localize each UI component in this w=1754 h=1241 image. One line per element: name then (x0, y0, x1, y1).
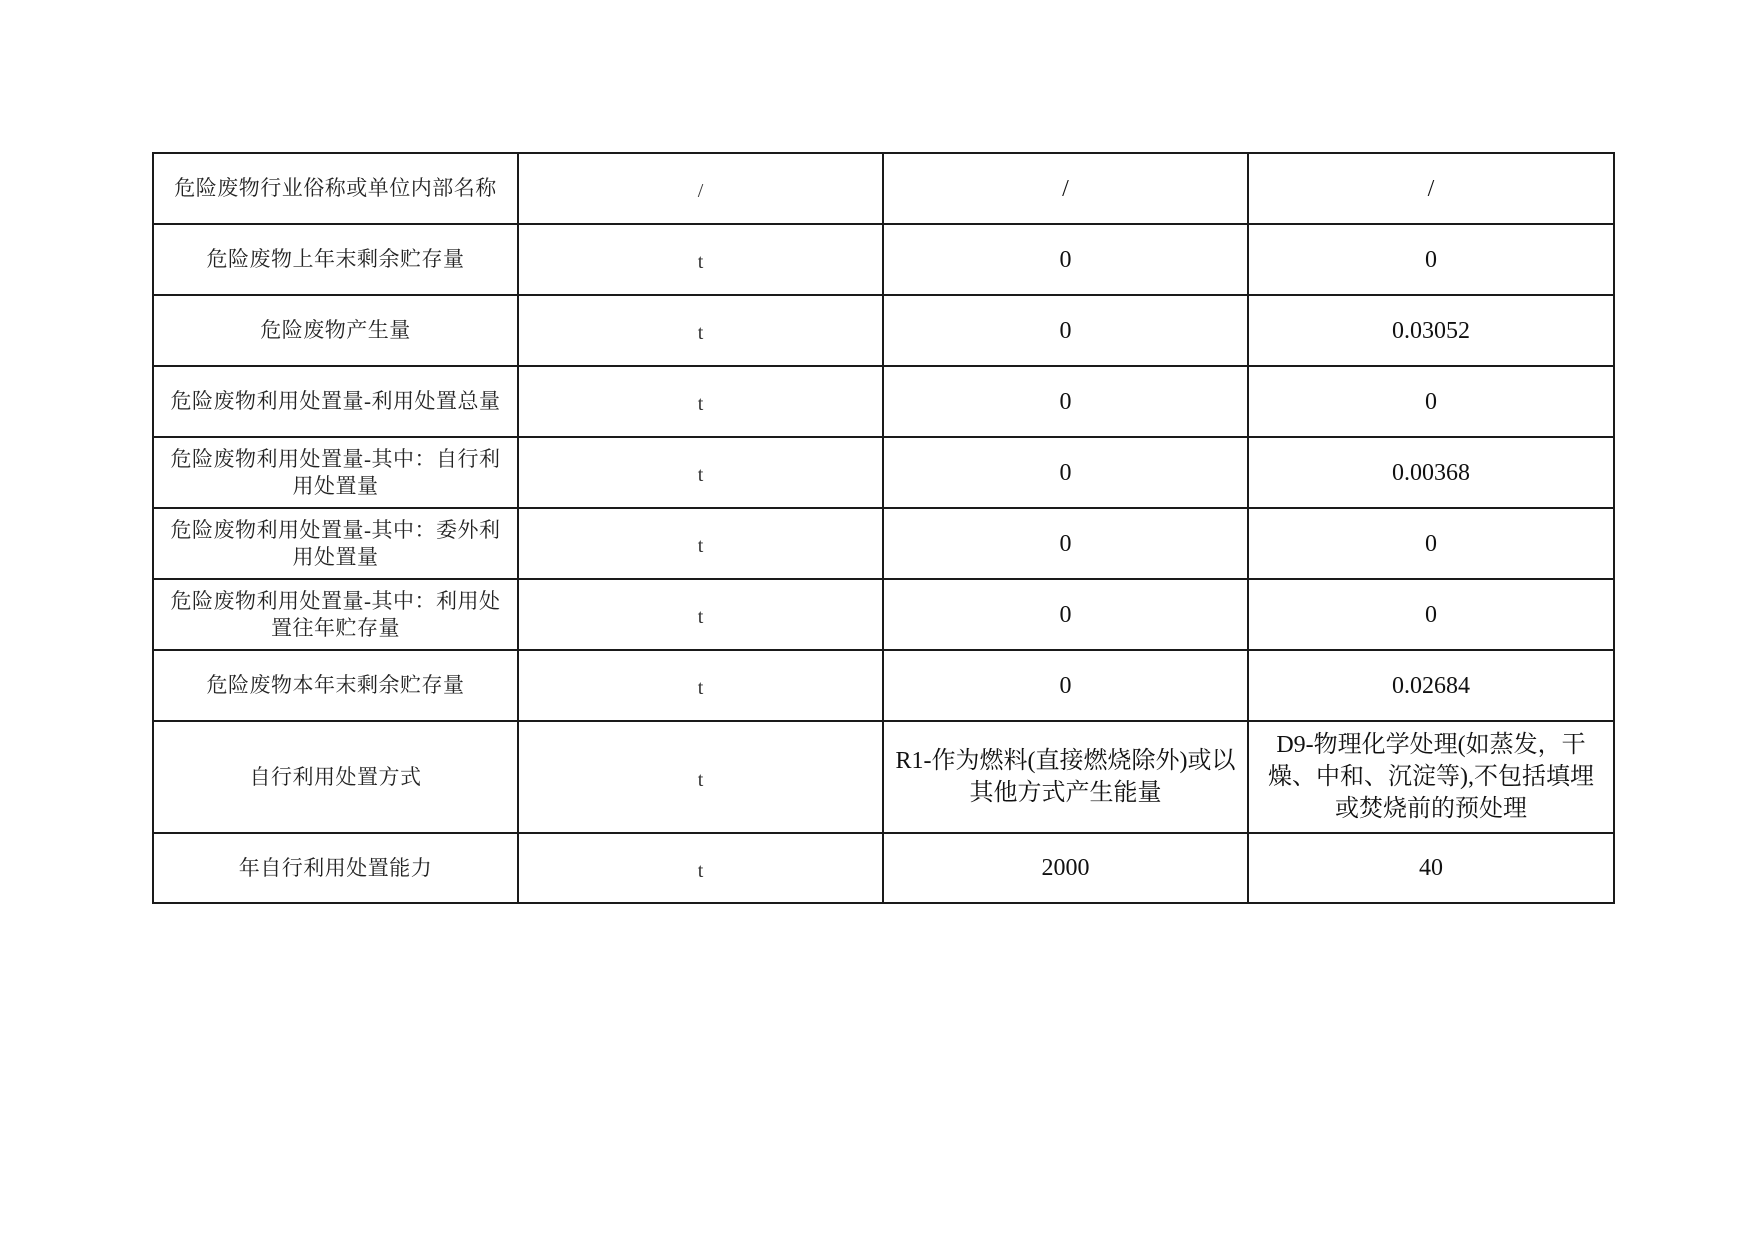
value-cell-1: 0 (883, 650, 1248, 721)
row-label: 危险废物上年末剩余贮存量 (153, 224, 518, 295)
row-label: 危险废物利用处置量-其中：委外利用处置量 (153, 508, 518, 579)
row-label: 危险废物行业俗称或单位内部名称 (153, 153, 518, 224)
unit-cell: t (518, 437, 883, 508)
value-cell-1: 0 (883, 366, 1248, 437)
row-label: 危险废物产生量 (153, 295, 518, 366)
value-cell-1: 0 (883, 579, 1248, 650)
hazardous-waste-table: 危险废物行业俗称或单位内部名称 / / / 危险废物上年末剩余贮存量 t 0 0… (152, 152, 1615, 904)
value-cell-1: R1-作为燃料(直接燃烧除外)或以其他方式产生能量 (883, 721, 1248, 833)
table-row: 危险废物本年末剩余贮存量 t 0 0.02684 (153, 650, 1614, 721)
row-label: 自行利用处置方式 (153, 721, 518, 833)
unit-cell: t (518, 366, 883, 437)
row-label: 危险废物利用处置量-其中：自行利用处置量 (153, 437, 518, 508)
value-cell-2: 0 (1248, 224, 1614, 295)
row-label: 危险废物利用处置量-其中：利用处置往年贮存量 (153, 579, 518, 650)
value-cell-1: 0 (883, 224, 1248, 295)
value-cell-2: 0.00368 (1248, 437, 1614, 508)
unit-cell: t (518, 295, 883, 366)
value-cell-1: 0 (883, 295, 1248, 366)
table-row: 危险废物上年末剩余贮存量 t 0 0 (153, 224, 1614, 295)
row-label: 危险废物利用处置量-利用处置总量 (153, 366, 518, 437)
value-cell-2: D9-物理化学处理(如蒸发，干燥、中和、沉淀等),不包括填埋或焚烧前的预处理 (1248, 721, 1614, 833)
value-cell-2: 0.02684 (1248, 650, 1614, 721)
value-cell-1: 2000 (883, 833, 1248, 903)
table-row: 危险废物利用处置量-其中：委外利用处置量 t 0 0 (153, 508, 1614, 579)
table-row: 危险废物行业俗称或单位内部名称 / / / (153, 153, 1614, 224)
value-cell-1: 0 (883, 508, 1248, 579)
value-cell-2: 0 (1248, 508, 1614, 579)
unit-cell: t (518, 833, 883, 903)
value-cell-2: 40 (1248, 833, 1614, 903)
table-row: 危险废物利用处置量-其中：自行利用处置量 t 0 0.00368 (153, 437, 1614, 508)
value-cell-1: 0 (883, 437, 1248, 508)
unit-cell: t (518, 721, 883, 833)
unit-cell: t (518, 508, 883, 579)
unit-cell: / (518, 153, 883, 224)
row-label: 年自行利用处置能力 (153, 833, 518, 903)
unit-cell: t (518, 579, 883, 650)
table-row: 年自行利用处置能力 t 2000 40 (153, 833, 1614, 903)
value-cell-2: 0 (1248, 579, 1614, 650)
table-row: 自行利用处置方式 t R1-作为燃料(直接燃烧除外)或以其他方式产生能量 D9-… (153, 721, 1614, 833)
value-cell-1: / (883, 153, 1248, 224)
value-cell-2: 0 (1248, 366, 1614, 437)
table-row: 危险废物产生量 t 0 0.03052 (153, 295, 1614, 366)
value-cell-2: / (1248, 153, 1614, 224)
value-cell-2: 0.03052 (1248, 295, 1614, 366)
table-row: 危险废物利用处置量-其中：利用处置往年贮存量 t 0 0 (153, 579, 1614, 650)
table-row: 危险废物利用处置量-利用处置总量 t 0 0 (153, 366, 1614, 437)
unit-cell: t (518, 224, 883, 295)
unit-cell: t (518, 650, 883, 721)
row-label: 危险废物本年末剩余贮存量 (153, 650, 518, 721)
